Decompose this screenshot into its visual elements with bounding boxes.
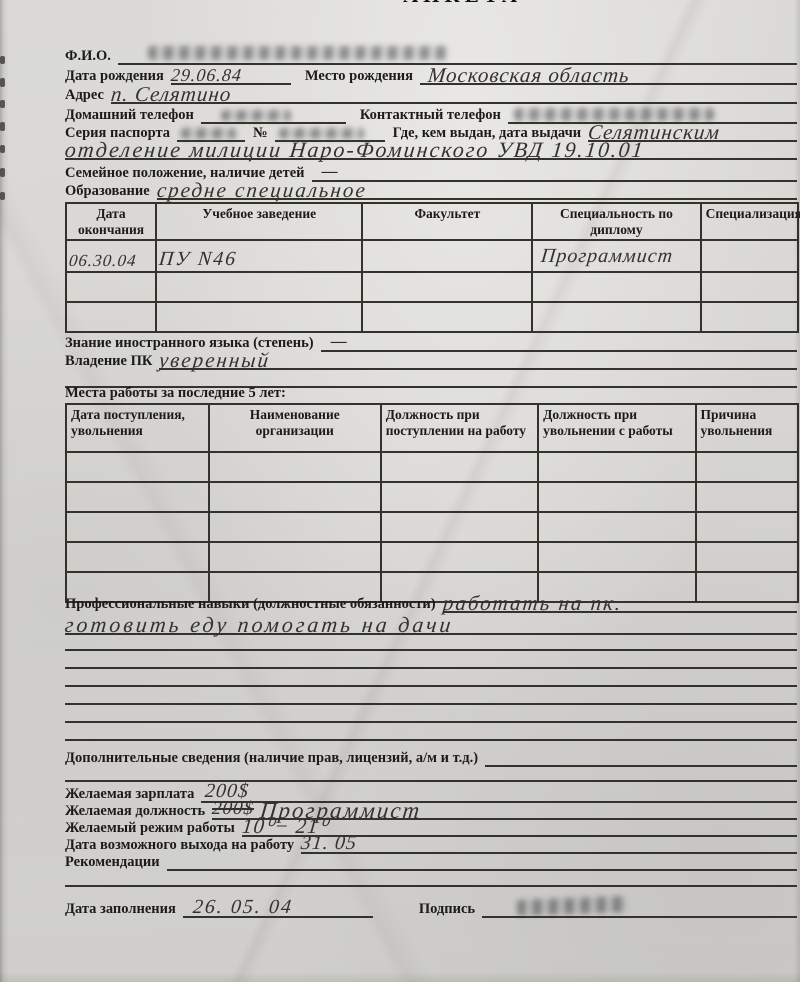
redacted-signature xyxy=(517,896,627,916)
passport-issued-value2: отделение милиции Наро-Фоминского УВД 19… xyxy=(64,137,646,163)
birth-place-line: Московская область xyxy=(420,64,797,85)
scan-artifact xyxy=(0,56,5,64)
work-section-row: Места работы за последние 5 лет: xyxy=(65,386,797,402)
passport-row2: отделение милиции Наро-Фоминского УВД 19… xyxy=(65,137,797,160)
education-label: Образование xyxy=(65,184,157,200)
work-section-label: Места работы за последние 5 лет: xyxy=(65,386,293,402)
edu-header: Специализация xyxy=(701,203,798,240)
scan-artifact xyxy=(0,122,5,131)
work-table: Дата поступления, увольнения Наименовани… xyxy=(65,403,799,603)
work-header: Должность при поступлении на работу xyxy=(381,404,538,452)
skills-line1: работать на пк. xyxy=(443,592,797,613)
address-label: Адрес xyxy=(65,88,111,104)
skills-row: Профессиональные навыки (должностные обя… xyxy=(65,592,797,613)
form-title-cut: АНКЕТА xyxy=(403,0,533,8)
fio-label: Ф.И.О. xyxy=(65,49,118,65)
fill-date-row: Дата заполнения 26. 05. 04 Подпись xyxy=(65,897,797,918)
education-table-row xyxy=(66,272,798,302)
scan-artifact xyxy=(0,192,5,200)
recommendations-row: Рекомендации xyxy=(65,851,797,871)
education-line: средне специальное xyxy=(157,179,797,200)
education-value: средне специальное xyxy=(155,178,367,203)
scan-artifact xyxy=(0,78,5,87)
edu-header: Факультет xyxy=(362,203,532,240)
edu-cell-speciality: Программист xyxy=(540,245,675,268)
edu-header: Дата окончания xyxy=(66,203,156,240)
work-table-row xyxy=(66,452,798,482)
recommendations-line xyxy=(167,851,797,871)
form-title: АНКЕТА xyxy=(403,0,533,8)
signature-line xyxy=(482,897,797,918)
education-table: Дата окончания Учебное заведение Факульт… xyxy=(65,202,799,333)
scan-artifact xyxy=(0,100,5,108)
edu-header: Специальность по диплому xyxy=(532,203,700,240)
address-line: п. Селятино xyxy=(111,83,797,104)
work-table-row xyxy=(66,482,798,512)
scanned-application-form: АНКЕТА Ф.И.О. Дата рождения 29.06.84 Мес… xyxy=(0,0,800,982)
scan-artifact xyxy=(0,145,5,153)
fill-date-line: 26. 05. 04 xyxy=(183,897,373,918)
work-header: Причина увольнения xyxy=(696,404,799,452)
fio-row: Ф.И.О. xyxy=(65,44,797,65)
blank-line xyxy=(65,764,797,782)
work-header: Наименование организации xyxy=(209,404,381,452)
redacted-name xyxy=(148,46,448,60)
passport-issued-line2: отделение милиции Наро-Фоминского УВД 19… xyxy=(65,137,797,160)
education-table-row: 06.30.04 ПУ N46 Программист xyxy=(66,240,798,272)
scan-artifact xyxy=(0,168,5,177)
work-header: Дата поступления, увольнения xyxy=(66,404,209,452)
edu-header: Учебное заведение xyxy=(156,203,362,240)
education-table-header: Дата окончания Учебное заведение Факульт… xyxy=(66,203,798,240)
education-row: Образование средне специальное xyxy=(65,179,797,200)
blank-line xyxy=(65,720,797,741)
signature-label: Подпись xyxy=(419,902,482,918)
edu-cell-school: ПУ N46 xyxy=(158,248,239,271)
work-table-row xyxy=(66,542,798,572)
education-table-row xyxy=(66,302,798,332)
fill-date-value: 26. 05. 04 xyxy=(192,896,294,919)
work-header: Должность при увольнении с работы xyxy=(538,404,695,452)
address-row: Адрес п. Селятино xyxy=(65,83,797,104)
fill-date-label: Дата заполнения xyxy=(65,902,183,918)
work-table-row xyxy=(66,512,798,542)
edu-cell-date: 06.30.04 xyxy=(68,251,138,271)
blank-line xyxy=(65,869,797,887)
work-table-header: Дата поступления, увольнения Наименовани… xyxy=(66,404,798,452)
fio-line xyxy=(118,44,797,65)
redacted-home-phone xyxy=(221,110,291,121)
